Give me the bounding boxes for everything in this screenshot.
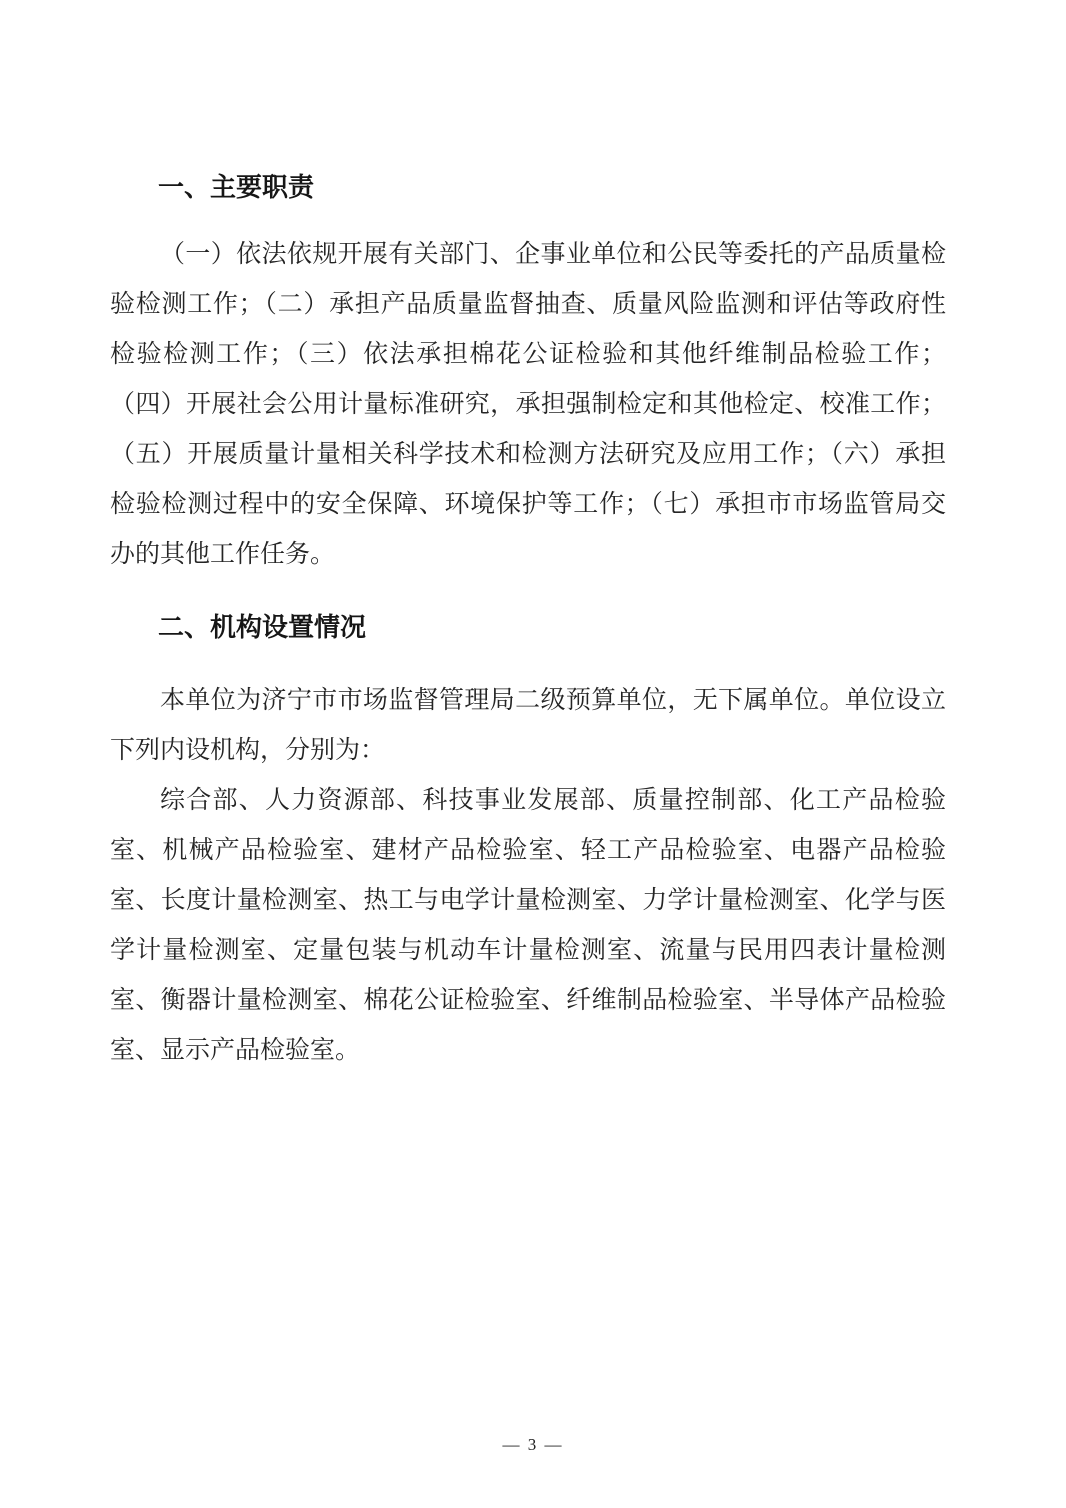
page-number: — 3 — [503, 1435, 564, 1454]
text-line: （四）开展社会公用计量标准研究，承担强制检定和其他检定、校准工作； [110, 380, 946, 430]
text-line: 办的其他工作任务。 [110, 530, 946, 580]
text-line: 下列内设机构，分别为： [110, 726, 946, 776]
text-line: （五）开展质量计量相关科学技术和检测方法研究及应用工作；（六）承担 [110, 430, 946, 480]
text-line: 学计量检测室、定量包装与机动车计量检测室、流量与民用四表计量检测 [110, 926, 946, 976]
page-footer: — 3 — [0, 1432, 1066, 1458]
text-line: （一）依法依规开展有关部门、企事业单位和公民等委托的产品质量检 [110, 230, 946, 280]
text-line: 综合部、人力资源部、科技事业发展部、质量控制部、化工产品检验 [110, 776, 946, 826]
text-line: 室、显示产品检验室。 [110, 1026, 946, 1076]
paragraph: （一）依法依规开展有关部门、企事业单位和公民等委托的产品质量检验检测工作；（二）… [110, 230, 946, 580]
text-line: 室、衡器计量检测室、棉花公证检验室、纤维制品检验室、半导体产品检验 [110, 976, 946, 1026]
text-line: 室、长度计量检测室、热工与电学计量检测室、力学计量检测室、化学与医 [110, 876, 946, 926]
text-line: 验检测工作；（二）承担产品质量监督抽查、质量风险监测和评估等政府性 [110, 280, 946, 330]
paragraph: 本单位为济宁市市场监督管理局二级预算单位，无下属单位。单位设立下列内设机构，分别… [110, 676, 946, 776]
section-heading: 一、主要职责 [110, 162, 946, 212]
document-content: 一、主要职责（一）依法依规开展有关部门、企事业单位和公民等委托的产品质量检验检测… [110, 0, 946, 1076]
paragraph: 综合部、人力资源部、科技事业发展部、质量控制部、化工产品检验室、机械产品检验室、… [110, 776, 946, 1076]
text-line: 本单位为济宁市市场监督管理局二级预算单位，无下属单位。单位设立 [110, 676, 946, 726]
text-line: 室、机械产品检验室、建材产品检验室、轻工产品检验室、电器产品检验 [110, 826, 946, 876]
text-line: 检验检测工作；（三）依法承担棉花公证检验和其他纤维制品检验工作； [110, 330, 946, 380]
text-line: 检验检测过程中的安全保障、环境保护等工作；（七）承担市市场监管局交 [110, 480, 946, 530]
document-page: 一、主要职责（一）依法依规开展有关部门、企事业单位和公民等委托的产品质量检验检测… [0, 0, 1066, 1508]
section-heading: 二、机构设置情况 [110, 602, 946, 652]
